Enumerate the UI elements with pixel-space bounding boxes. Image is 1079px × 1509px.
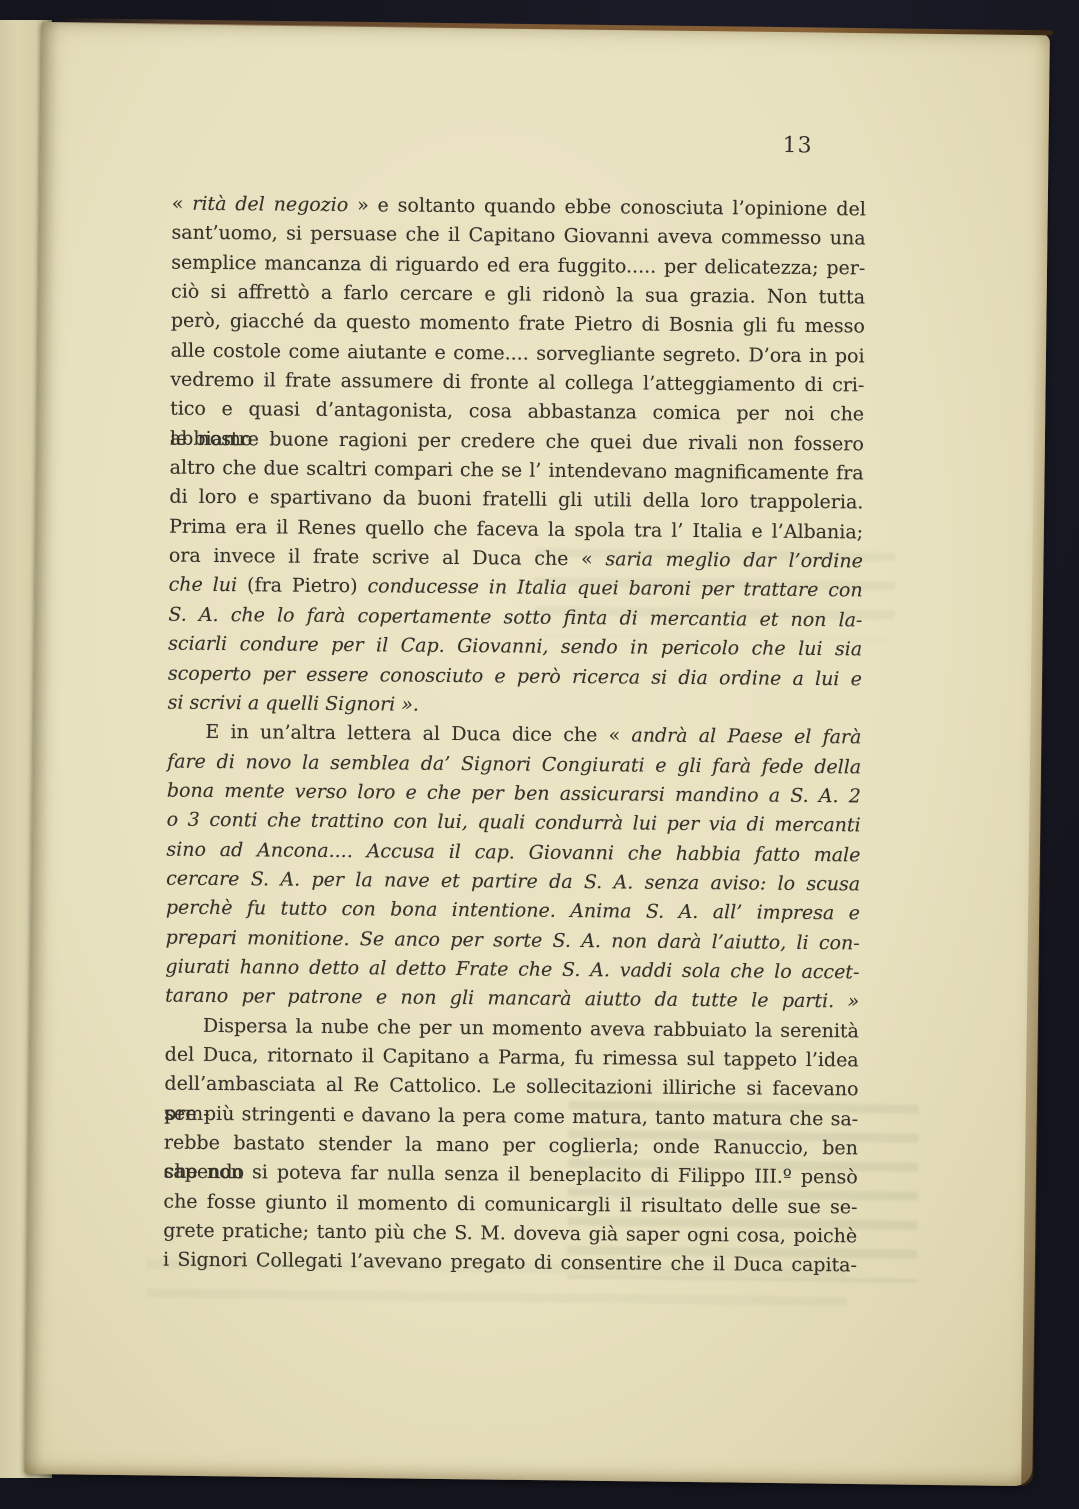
text-segment: che non si poteva far nulla senza il ben…: [164, 1161, 858, 1189]
page-number: 13: [782, 133, 812, 158]
text-segment: S. A. che lo farà copertamente sotto fin…: [168, 603, 862, 631]
text-segment: saria meglio dar l’ordine: [605, 548, 863, 572]
text-segment: andrà al Paese el farà: [631, 725, 861, 749]
text-segment: scoperto per essere conosciuto e però ri…: [168, 662, 862, 690]
text-segment: i Signori Collegati l’avevano pregato di…: [163, 1249, 857, 1277]
text-segment: pre più stringenti e davano la pera come…: [164, 1102, 858, 1130]
text-segment: fare di novo la semblea da’ Signori Cong…: [167, 750, 861, 778]
cover-board-edge: [48, 18, 1053, 35]
text-block: « rità del negozio » e soltanto quando e…: [163, 190, 866, 1281]
text-segment: E in un’altra lettera al Duca dice che «: [205, 721, 631, 747]
text-segment: Dispersa la nube che per un momento avev…: [203, 1015, 859, 1042]
text-segment: sant’uomo, si persuase che il Capitano G…: [172, 222, 866, 250]
text-segment: ciò si affrettò a farlo cercare e gli ri…: [171, 281, 865, 309]
text-segment: semplice mancanza di riguardo ed era fug…: [171, 251, 865, 279]
text-segment: bona mente verso loro e che per ben assi…: [167, 779, 861, 807]
text-segment: sino ad Ancona.... Accusa il cap. Giovan…: [166, 838, 860, 866]
text-segment: perchè fu tutto con bona intentione. Ani…: [166, 897, 860, 925]
text-segment: le nostre buone ragioni per credere che …: [170, 427, 864, 455]
text-segment: » e soltanto quando ebbe conosciuta l’op…: [348, 194, 866, 220]
book-page: 13 « rità del negozio » e soltanto quand…: [24, 22, 1050, 1486]
text-segment: però, giacché da questo momento frate Pi…: [171, 310, 865, 338]
text-segment: (fra Pietro): [247, 575, 368, 598]
text-segment: cercare S. A. per la nave et partire da …: [166, 867, 860, 895]
text-segment: tarano per patrone e non gli mancarà aiu…: [165, 985, 859, 1013]
text-segment: che lui: [169, 574, 248, 597]
text-segment: grete pratiche; tanto più che S. M. dove…: [163, 1220, 857, 1248]
text-segment: alle costole come aiutante e come.... so…: [171, 339, 865, 367]
text-segment: ora invece il frate scrive al Duca che «: [169, 545, 606, 571]
text-segment: del Duca, ritornato il Capitano a Parma,…: [165, 1044, 859, 1072]
text-segment: sciarli condure per il Cap. Giovanni, se…: [168, 633, 862, 661]
text-line: i Signori Collegati l’avevano pregato di…: [163, 1246, 857, 1281]
text-segment: che fosse giunto il momento di comunicar…: [163, 1190, 857, 1218]
text-segment: vedremo il frate assumere di fronte al c…: [170, 369, 864, 397]
text-segment: giurati hanno detto al detto Frate che S…: [165, 956, 859, 984]
book-photo-background: 13 « rità del negozio » e soltanto quand…: [0, 0, 1079, 1509]
text-segment: altro che due scaltri compari che se l’ …: [170, 457, 864, 485]
text-segment: rità del negozio: [192, 193, 348, 216]
page-block-edge: [1021, 296, 1048, 1487]
text-segment: di loro e spartivano da buoni fratelli g…: [169, 486, 863, 514]
text-segment: Prima era il Renes quello che faceva la …: [169, 515, 863, 543]
text-segment: o 3 conti che trattino con lui, quali co…: [167, 809, 861, 837]
text-segment: si scrivi a quelli Signori ».: [168, 691, 420, 715]
text-segment: prepari monitione. Se anco per sorte S. …: [166, 926, 860, 954]
text-segment: «: [172, 193, 193, 215]
text-segment: conducesse in Italia quei baroni per tra…: [367, 576, 862, 602]
